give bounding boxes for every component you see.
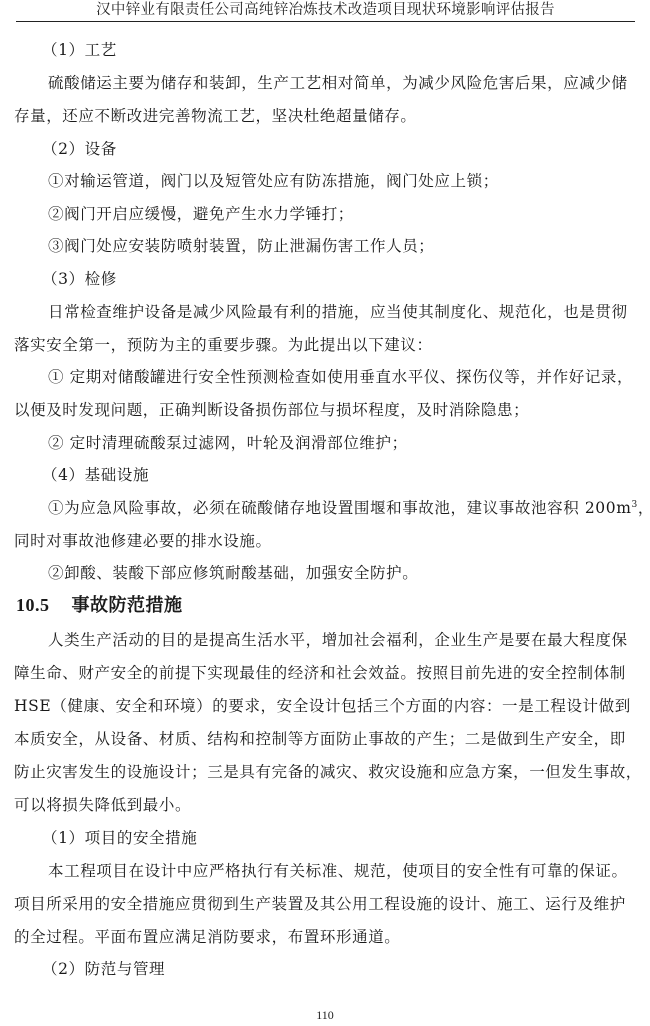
subsection-title-process: （1）工艺	[42, 40, 650, 60]
paragraph-line: 防止灾害发生的设施设计；三是具有完备的减灾、救灾设施和应急方案，一但发生事故，	[14, 762, 636, 782]
list-item-continuation: 同时对事故池修建必要的排水设施。	[14, 531, 636, 551]
paragraph-line: 项目所采用的安全措施应贯彻到生产装置及其公用工程设施的设计、施工、运行及维护	[14, 894, 636, 914]
paragraph-line: 的全过程。平面布置应满足消防要求，布置环形通道。	[14, 927, 636, 947]
list-item: ② 定时清理硫酸泵过滤网，叶轮及润滑部位维护；	[48, 433, 650, 453]
paragraph-line: 落实安全第一，预防为主的重要步骤。为此提出以下建议：	[14, 335, 636, 355]
paragraph-line: 本工程项目在设计中应严格执行有关标准、规范，使项目的安全性有可靠的保证。	[48, 861, 650, 881]
list-item: ③阀门处应安装防喷射装置，防止泄漏伤害工作人员；	[48, 236, 650, 256]
subsection-title-equipment: （2）设备	[42, 139, 650, 159]
list-item: ① 定期对储酸罐进行安全性预测检查如使用垂直水平仪、探伤仪等，并作好记录，	[48, 367, 650, 387]
subsection-title-prevention: （2）防范与管理	[42, 959, 650, 979]
subsection-title-maintenance: （3）检修	[42, 269, 650, 289]
page-header: 汉中锌业有限责任公司高纯锌冶炼技术改造项目现状环境影响评估报告	[16, 0, 635, 22]
list-item: ①对输运管道，阀门以及短管处应有防冻措施，阀门处应上锁；	[48, 171, 650, 191]
punctuation: ，	[638, 499, 650, 517]
paragraph-line: HSE（健康、安全和环境）的要求，安全设计包括三个方面的内容：一是工程设计做到	[14, 696, 636, 716]
list-item-text: ①为应急风险事故，必须在硫酸储存地设置围堰和事故池，建议事故池容积 200m	[48, 499, 632, 517]
list-item: ②阀门开启应缓慢，避免产生水力学锤打；	[48, 204, 650, 224]
page-number: 110	[0, 1008, 650, 1023]
list-item-continuation: 以便及时发现问题，正确判断设备损伤部位与损坏程度，及时消除隐患；	[14, 400, 636, 420]
report-title: 汉中锌业有限责任公司高纯锌冶炼技术改造项目现状环境影响评估报告	[96, 2, 555, 18]
paragraph-line: 日常检查维护设备是减少风险最有利的措施，应当使其制度化、规范化，也是贯彻	[48, 302, 650, 322]
paragraph-line: 人类生产活动的目的是提高生活水平，增加社会福利，企业生产是要在最大程度保	[48, 630, 650, 650]
paragraph-line: 硫酸储运主要为储存和装卸，生产工艺相对简单，为减少风险危害后果，应减少储	[48, 73, 650, 93]
paragraph-line: 本质安全，从设备、材质、结构和控制等方面防止事故的产生；二是做到生产安全，即	[14, 729, 636, 749]
list-item: ②卸酸、装酸下部应修筑耐酸基础，加强安全防护。	[48, 563, 650, 583]
section-title: 事故防范措施	[72, 595, 183, 616]
section-number: 10.5	[16, 595, 50, 615]
list-item: ①为应急风险事故，必须在硫酸储存地设置围堰和事故池，建议事故池容积 200m3，	[48, 498, 650, 518]
paragraph-line: 可以将损失降低到最小。	[14, 795, 636, 815]
subsection-title-project-safety: （1）项目的安全措施	[42, 828, 650, 848]
subsection-title-infrastructure: （4）基础设施	[42, 465, 650, 485]
section-heading-10-5: 10.5事故防范措施	[16, 594, 183, 617]
paragraph-line: 障生命、财产安全的前提下实现最佳的经济和社会效益。按照目前先进的安全控制体制	[14, 663, 636, 683]
paragraph-line: 存量，还应不断改进完善物流工艺，坚决杜绝超量储存。	[14, 106, 636, 126]
